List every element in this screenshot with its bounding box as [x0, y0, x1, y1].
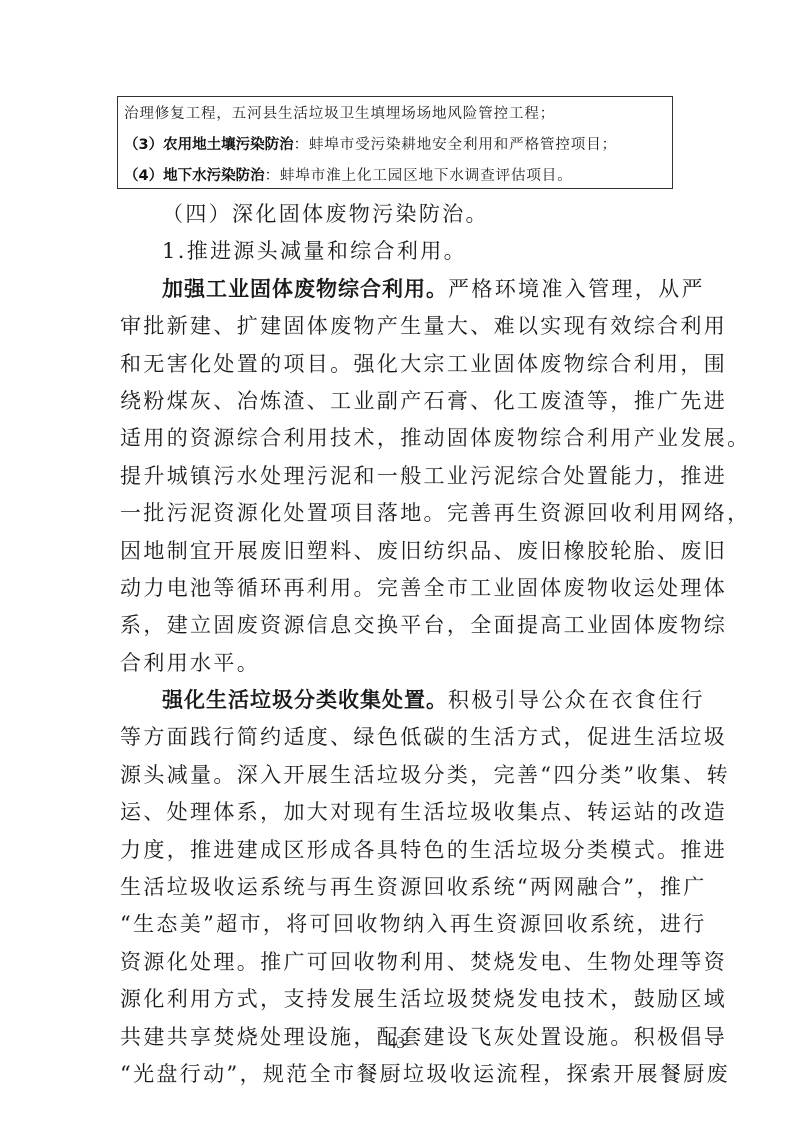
paragraph-line: “生态美”超市，将可回收物纳入再生资源回收系统，进行	[120, 906, 676, 943]
paragraph-line: 系，建立固废资源信息交换平台，全面提高工业固体废物综	[120, 607, 676, 644]
document-page: 治理修复工程，五河县生活垃圾卫生填埋场场地风险管控工程； （3）农用地土壤污染防…	[0, 0, 793, 1122]
subsection-heading: 1.推进源头减量和综合利用。	[120, 233, 676, 270]
paragraph-line: 绕粉煤灰、冶炼渣、工业副产石膏、化工废渣等，推广先进	[120, 383, 676, 420]
paragraph-line: 动力电池等循环再利用。完善全市工业固体废物收运处理体	[120, 570, 676, 607]
section-heading: （四）深化固体废物污染防治。	[120, 196, 676, 233]
paragraph-line: 审批新建、扩建固体废物产生量大、难以实现有效综合利用	[120, 308, 676, 345]
paragraph-lead-bold: 加强工业固体废物综合利用。	[162, 277, 448, 301]
paragraph-line: 适用的资源综合利用技术，推动固体废物综合利用产业发展。	[120, 420, 676, 457]
paragraph-line: 强化生活垃圾分类收集处置。积极引导公众在衣食住行	[120, 682, 676, 719]
paragraph-line: 一批污泥资源化处置项目落地。完善再生资源回收利用网络，	[120, 495, 676, 532]
paragraph-line: 和无害化处置的项目。强化大宗工业固体废物综合利用，围	[120, 346, 676, 383]
box-item-label: （3）农用地土壤污染防治	[124, 137, 294, 153]
box-line-continuation: 治理修复工程，五河县生活垃圾卫生填埋场场地风险管控工程；	[124, 99, 666, 130]
paragraph-line: 合利用水平。	[120, 645, 676, 682]
paragraph-lead-bold: 强化生活垃圾分类收集处置。	[162, 688, 448, 712]
box-item-groundwater-pollution: （4）地下水污染防治：蚌埠市淮上化工园区地下水调查评估项目。	[124, 161, 666, 192]
paragraph-line: 源头减量。深入开展生活垃圾分类，完善“四分类”收集、转	[120, 757, 676, 794]
box-item-text: ：蚌埠市淮上化工园区地下水调查评估项目。	[265, 168, 573, 184]
paragraph-line: 因地制宜开展废旧塑料、废旧纺织品、废旧橡胶轮胎、废旧	[120, 533, 676, 570]
project-list-box: 治理修复工程，五河县生活垃圾卫生填埋场场地风险管控工程； （3）农用地土壤污染防…	[117, 96, 673, 189]
paragraph-line: 提升城镇污水处理污泥和一般工业污泥综合处置能力，推进	[120, 458, 676, 495]
box-item-label: （4）地下水污染防治	[124, 168, 265, 184]
paragraph-line: 运、处理体系，加大对现有生活垃圾收集点、转运站的改造	[120, 794, 676, 831]
box-item-text: ：蚌埠市受污染耕地安全利用和严格管控项目；	[294, 137, 617, 153]
paragraph-line: 力度，推进建成区形成各具特色的生活垃圾分类模式。推进	[120, 832, 676, 869]
paragraph-line: 等方面践行简约适度、绿色低碳的生活方式，促进生活垃圾	[120, 719, 676, 756]
document-body: （四）深化固体废物污染防治。 1.推进源头减量和综合利用。 加强工业固体废物综合…	[120, 196, 676, 1093]
paragraph-line: 资源化处理。推广可回收物利用、焚烧发电、生物处理等资	[120, 944, 676, 981]
paragraph-line: 加强工业固体废物综合利用。严格环境准入管理，从严	[120, 271, 676, 308]
paragraph-line: 源化利用方式，支持发展生活垃圾焚烧发电技术，鼓励区域	[120, 981, 676, 1018]
page-number: 43	[0, 1033, 793, 1053]
paragraph-line: “光盘行动”，规范全市餐厨垃圾收运流程，探索开展餐厨废	[120, 1056, 676, 1093]
box-item-soil-pollution: （3）农用地土壤污染防治：蚌埠市受污染耕地安全利用和严格管控项目；	[124, 130, 666, 161]
paragraph-line: 生活垃圾收运系统与再生资源回收系统“两网融合”，推广	[120, 869, 676, 906]
